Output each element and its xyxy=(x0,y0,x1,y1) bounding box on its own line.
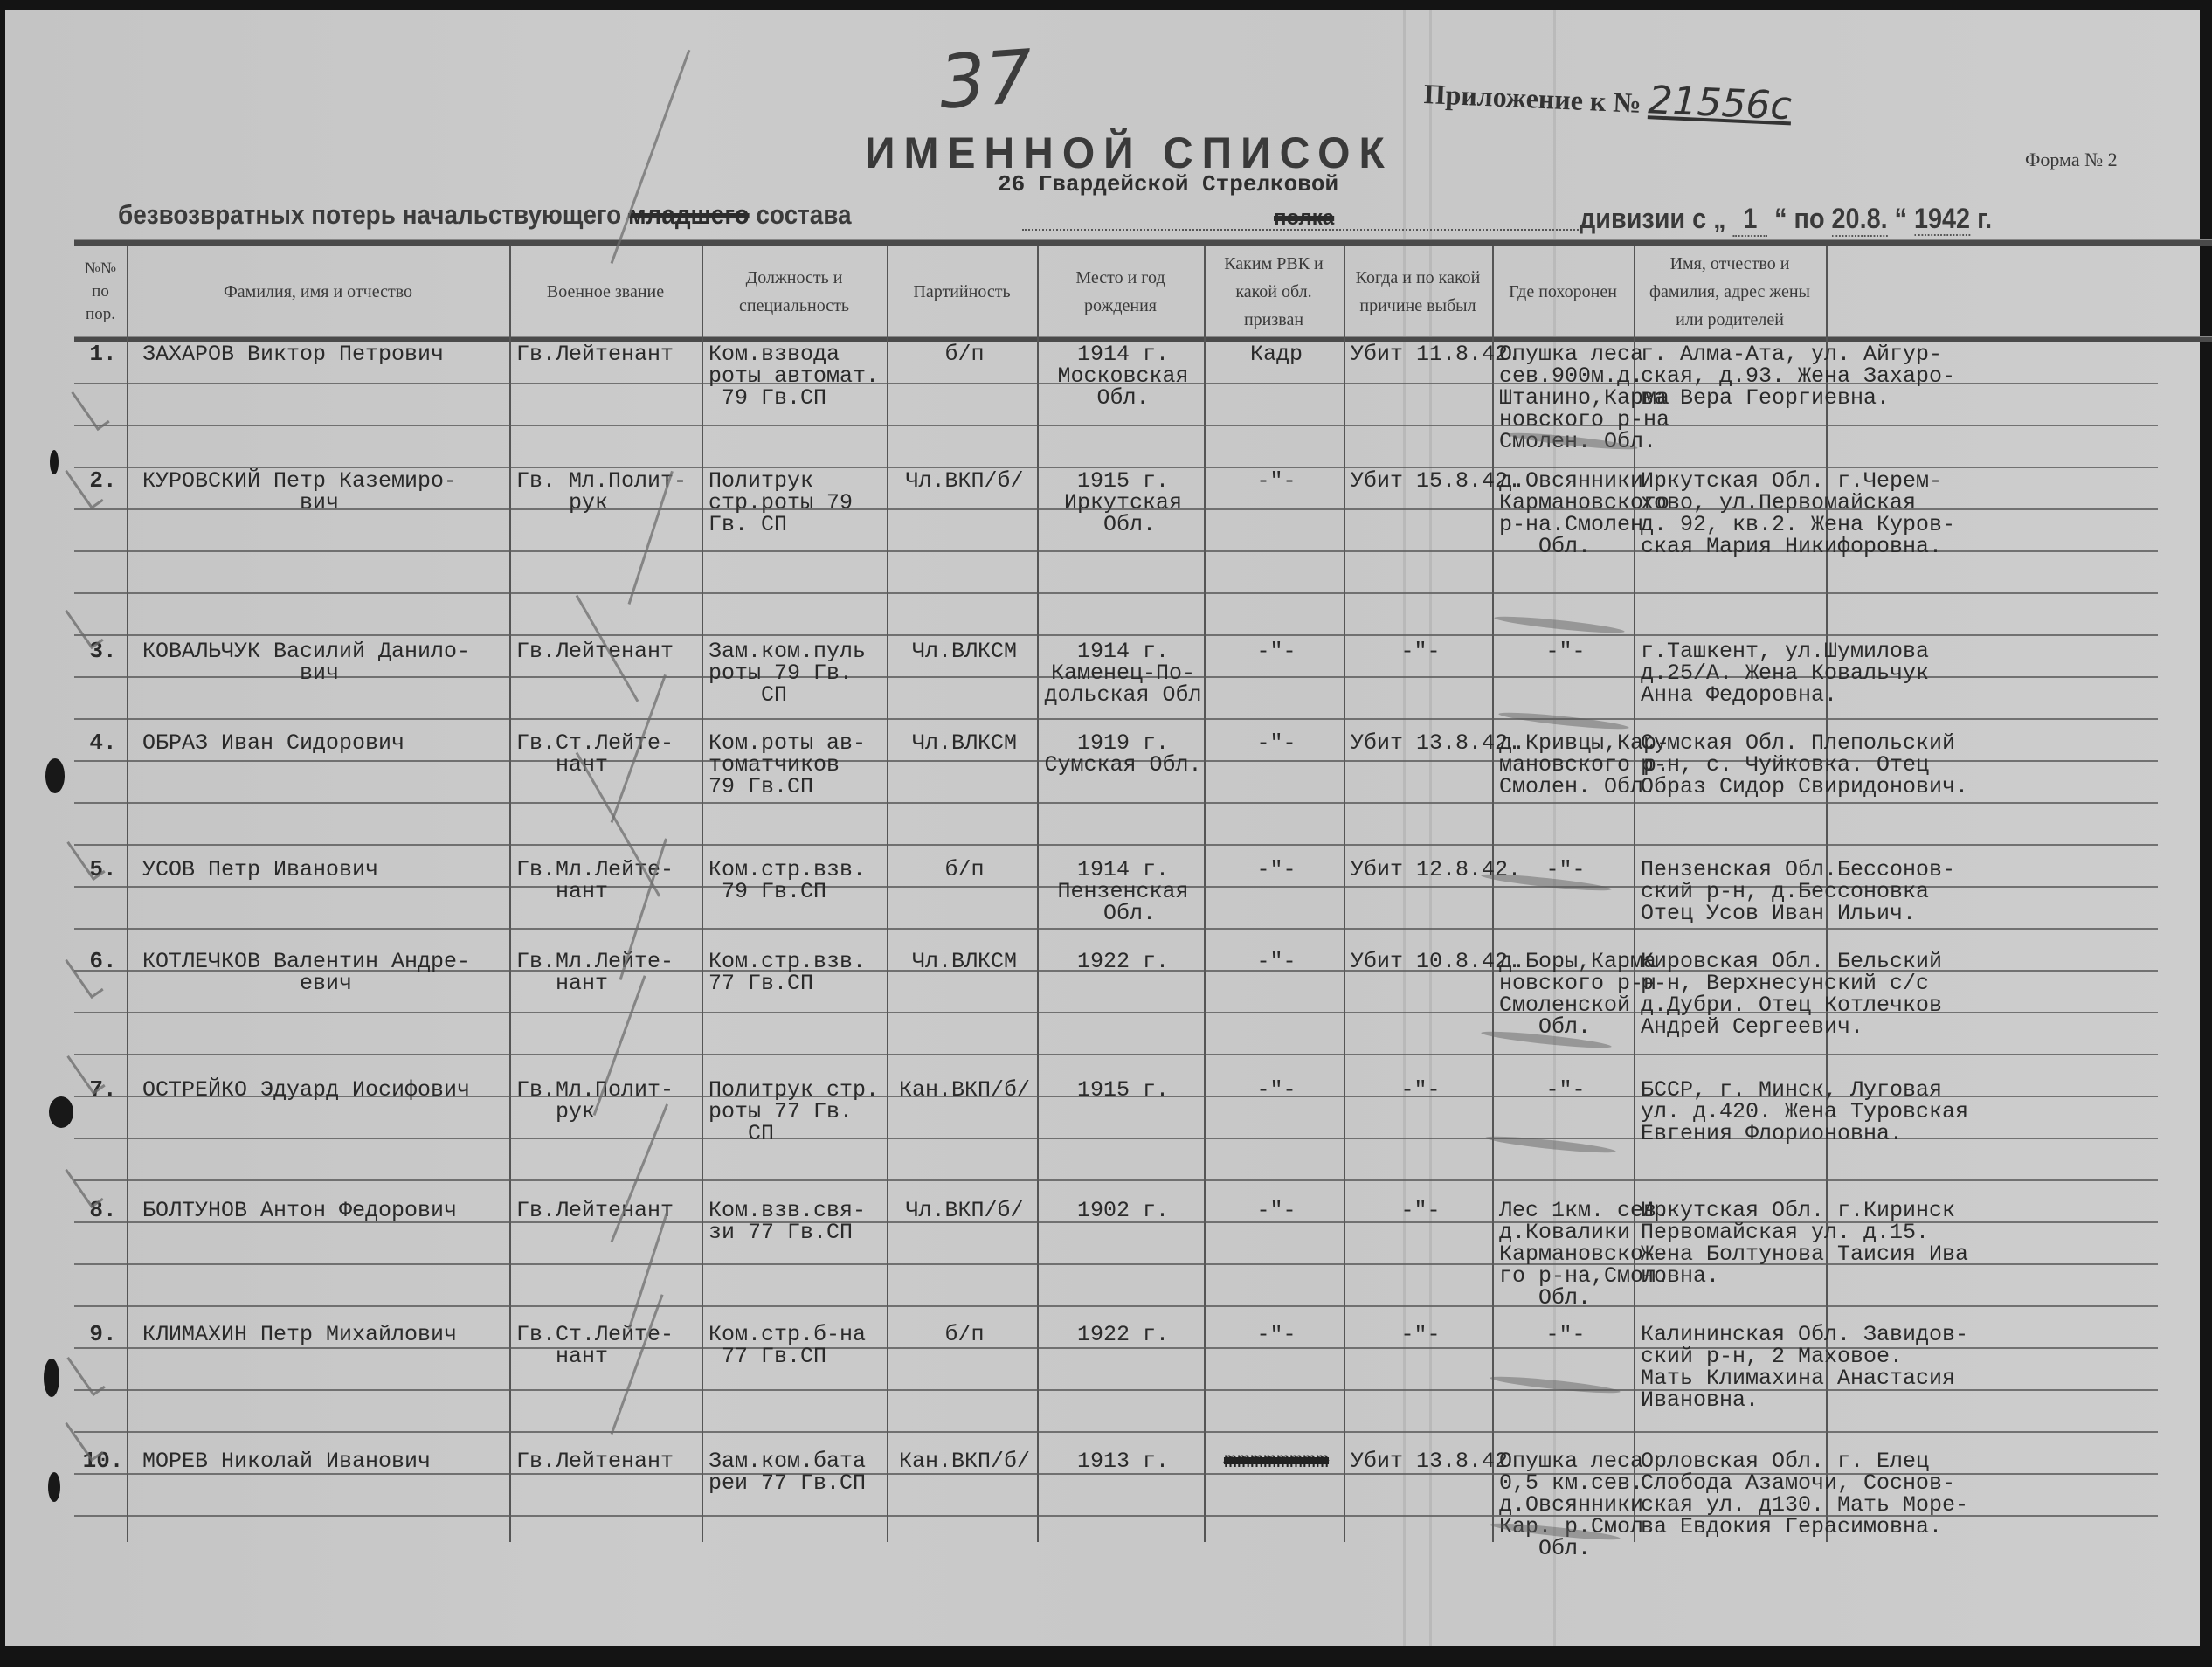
position: Политрук стр. роты 77 Гв. СП xyxy=(709,1079,885,1145)
position: Ком.взв.свя- зи 77 Гв.СП xyxy=(709,1200,885,1243)
column-header-row-number: №№ по пор. xyxy=(76,248,125,335)
unit-name: 26 Гвардейской Стрелковой xyxy=(998,171,1338,197)
row-number: 9. xyxy=(81,1324,125,1345)
date-from: 1 xyxy=(1733,203,1768,237)
party-membership: б/п xyxy=(894,343,1035,365)
ruled-line xyxy=(74,1431,2158,1433)
military-rank: Гв.Ст.Лейте- нант xyxy=(516,1324,700,1367)
position: Ком.стр.б-на 77 Гв.СП xyxy=(709,1324,885,1367)
column-header-full-name: Фамилия, имя и отчество xyxy=(128,248,508,335)
party-membership: Кан.ВКП/б/ xyxy=(894,1079,1035,1101)
appendix-label: Приложение к № xyxy=(1423,78,1642,119)
date-reason-left: -"- xyxy=(1351,1200,1490,1221)
period-line: дивизии с „ 1 “ по 20.8. “ 1942 г. xyxy=(1580,203,1992,237)
birth-place-year: 1914 г. Пензенская Обл. xyxy=(1044,859,1202,924)
ruled-line xyxy=(74,928,2158,930)
military-rank: Гв.Лейтенант xyxy=(516,1200,700,1221)
party-membership: Чл.ВКП/б/ xyxy=(894,470,1035,492)
full-name: КУРОВСКИЙ Петр Каземиро- вич xyxy=(142,470,516,514)
relatives-address: г.Ташкент, ул.Шумилова д.25/А. Жена Кова… xyxy=(1641,640,1824,706)
relatives-address: г. Алма-Ата, ул. Айгур- ская, д.93. Жена… xyxy=(1641,343,1824,409)
ruled-line xyxy=(74,1179,2158,1181)
date-reason-left: -"- xyxy=(1351,640,1490,662)
draft-office: -"- xyxy=(1211,470,1342,492)
birth-place-year: 1913 г. xyxy=(1044,1450,1202,1472)
position: Зам.ком.пуль роты 79 Гв. СП xyxy=(709,640,885,706)
birth-place-year: 1902 г. xyxy=(1044,1200,1202,1221)
burial-place: Лес 1км. сев. д.Ковалики Кармановско- го… xyxy=(1499,1200,1632,1309)
ruled-line xyxy=(74,1305,2158,1307)
full-name: БОЛТУНОВ Антон Федорович xyxy=(142,1200,516,1221)
position: Политрук стр.роты 79 Гв. СП xyxy=(709,470,885,536)
year-quote: “ xyxy=(1895,203,1907,234)
column-header-burial-place: Где похоронен xyxy=(1494,248,1632,335)
position: Ком.роты ав- томатчиков 79 Гв.СП xyxy=(709,732,885,798)
column-header-relatives-address: Имя, отчество и фамилия, адрес жены или … xyxy=(1635,248,1824,335)
position: Ком.стр.взв. 79 Гв.СП xyxy=(709,859,885,903)
draft-office: -"- xyxy=(1211,732,1342,754)
military-rank: Гв.Мл.Лейте- нант xyxy=(516,859,700,903)
draft-office: -"- xyxy=(1211,1324,1342,1345)
draft-office: -"- xyxy=(1211,951,1342,972)
date-separator: “ по xyxy=(1774,203,1824,234)
crossed-out-regiment: полка xyxy=(1274,206,1334,231)
draft-office: -"- xyxy=(1211,1200,1342,1221)
binding-hole xyxy=(44,1359,59,1397)
column-header-draft-office: Каким РВК и какой обл. призван xyxy=(1206,248,1342,335)
party-membership: б/п xyxy=(894,859,1035,881)
ruled-line xyxy=(74,592,2158,594)
document-subtitle: безвозвратных потерь начальствующего мла… xyxy=(118,199,852,231)
row-number: 4. xyxy=(81,732,125,754)
date-to: 20.8. xyxy=(1832,203,1888,237)
birth-place-year: 1914 г. Каменец-По- дольская Обл xyxy=(1044,640,1202,706)
burial-place: -"- xyxy=(1499,1324,1632,1345)
column-header-military-rank: Военное звание xyxy=(511,248,700,335)
relatives-address: Пензенская Обл.Бессонов- ский р-н, д.Бес… xyxy=(1641,859,1824,924)
birth-place-year: 1914 г. Московская Обл. xyxy=(1044,343,1202,409)
full-name: КЛИМАХИН Петр Михайлович xyxy=(142,1324,516,1345)
year: 1942 xyxy=(1914,203,1970,236)
military-rank: Гв.Лейтенант xyxy=(516,1450,700,1472)
burial-place: -"- xyxy=(1499,1079,1632,1101)
subtitle-prefix: безвозвратных потерь начальствующего xyxy=(118,199,621,230)
relatives-address: Калининская Обл. Завидов- ский р-н, 2 Ма… xyxy=(1641,1324,1824,1411)
party-membership: Кан.ВКП/б/ xyxy=(894,1450,1035,1472)
relatives-address: Орловская Обл. г. Елец Слобода Азамочи, … xyxy=(1641,1450,1824,1538)
burial-place: д.Кривцы,Кар- мановского р. Смолен. Обл. xyxy=(1499,732,1632,798)
ruled-line xyxy=(74,1054,2158,1055)
full-name: ОСТРЕЙКО Эдуард Иосифович xyxy=(142,1079,516,1101)
birth-place-year: 1919 г. Сумская Обл. xyxy=(1044,732,1202,776)
binding-hole xyxy=(45,758,65,793)
year-suffix: г. xyxy=(1977,203,1992,234)
date-reason-left: Убит 13.8.42. xyxy=(1351,732,1490,754)
party-membership: Чл.ВКП/б/ xyxy=(894,1200,1035,1221)
appendix-number: 21556с xyxy=(1648,78,1793,128)
form-number: Форма № 2 xyxy=(2025,149,2118,171)
binding-hole xyxy=(48,1472,60,1502)
draft-office: -"- xyxy=(1211,859,1342,881)
military-rank: Гв.Мл.Полит- рук xyxy=(516,1079,700,1123)
birth-place-year: 1922 г. xyxy=(1044,951,1202,972)
birth-place-year: 1915 г. xyxy=(1044,1079,1202,1101)
full-name: ЗАХАРОВ Виктор Петрович xyxy=(142,343,516,365)
draft-office: -"- xyxy=(1211,640,1342,662)
date-reason-left: Убит 13.8.42 xyxy=(1351,1450,1490,1472)
subtitle-suffix: состава xyxy=(756,199,851,230)
relatives-address: Иркутская Обл. г.Черем- хово, ул.Первома… xyxy=(1641,470,1824,557)
birth-place-year: 1922 г. xyxy=(1044,1324,1202,1345)
burial-place: -"- xyxy=(1499,640,1632,662)
draft-office: -"- xyxy=(1211,1079,1342,1101)
header-rule-top xyxy=(74,239,2212,246)
relatives-address: БССР, г. Минск, Луговая ул. д.420. Жена … xyxy=(1641,1079,1824,1145)
column-header-date-reason-left: Когда и по какой причине выбыл xyxy=(1345,248,1490,335)
military-rank: Гв.Лейтенант xyxy=(516,343,700,365)
military-rank: Гв. Мл.Полит- рук xyxy=(516,470,700,514)
military-rank: Гв.Мл.Лейте- нант xyxy=(516,951,700,994)
relatives-address: Иркутская Обл. г.Киринск Первомайская ул… xyxy=(1641,1200,1824,1287)
date-reason-left: -"- xyxy=(1351,1079,1490,1101)
full-name: УСОВ Петр Иванович xyxy=(142,859,516,881)
party-membership: б/п xyxy=(894,1324,1035,1345)
position: Ком.стр.взв. 77 Гв.СП xyxy=(709,951,885,994)
party-membership: Чл.ВЛКСМ xyxy=(894,951,1035,972)
date-reason-left: Убит 11.8.42. xyxy=(1351,343,1490,365)
division-label: дивизии с „ xyxy=(1580,203,1726,234)
ruled-line xyxy=(74,425,2158,426)
ruled-line xyxy=(74,844,2158,846)
date-reason-left: Убит 10.8.42. xyxy=(1351,951,1490,972)
ruled-line xyxy=(74,718,2158,720)
military-rank: Гв.Ст.Лейте- нант xyxy=(516,732,700,776)
date-reason-left: -"- xyxy=(1351,1324,1490,1345)
ruled-line xyxy=(74,634,2158,636)
relatives-address: Кировская Обл. Бельский р-н, Верхнесунск… xyxy=(1641,951,1824,1038)
full-name: КОВАЛЬЧУК Василий Данило- вич xyxy=(142,640,516,684)
draft-office: Кадр xyxy=(1211,343,1342,365)
full-name: МОРЕВ Николай Иванович xyxy=(142,1450,516,1472)
ruled-line xyxy=(74,802,2158,804)
handwritten-page-number: 37 xyxy=(937,33,1035,125)
binding-hole xyxy=(49,1096,73,1128)
full-name: ОБРАЗ Иван Сидорович xyxy=(142,732,516,754)
burial-place: Опушка леса 0,5 км.сев. д.Овсянники Кар.… xyxy=(1499,1450,1632,1560)
position: Зам.ком.бата реи 77 Гв.СП xyxy=(709,1450,885,1494)
draft-office-struck-out: ᵯᵯᵯᵯᵯᵯᵯᵯ xyxy=(1211,1450,1342,1472)
burial-place: д.Боры,Карма новского р-н Смоленской Обл… xyxy=(1499,951,1632,1038)
burial-place: д.Овсянники Кармановского р-на.Смолен. О… xyxy=(1499,470,1632,557)
column-header-birth-place-year: Место и год рождения xyxy=(1039,248,1202,335)
column-header-position: Должность и специальность xyxy=(703,248,885,335)
crossed-out-word: младшего xyxy=(628,199,750,231)
binding-hole xyxy=(50,450,59,474)
relatives-address: Сумская Обл. Плепольский р-н, с. Чуйковк… xyxy=(1641,732,1824,798)
date-reason-left: Убит 15.8.42. xyxy=(1351,470,1490,492)
row-number: 1. xyxy=(81,343,125,365)
full-name: КОТЛЕЧКОВ Валентин Андре- евич xyxy=(142,951,516,994)
party-membership: Чл.ВЛКСМ xyxy=(894,640,1035,662)
birth-place-year: 1915 г. Иркутская Обл. xyxy=(1044,470,1202,536)
party-membership: Чл.ВЛКСМ xyxy=(894,732,1035,754)
column-header-party-membership: Партийность xyxy=(888,248,1035,335)
position: Ком.взвода роты автомат. 79 Гв.СП xyxy=(709,343,885,409)
date-reason-left: Убит 12.8.42. xyxy=(1351,859,1490,881)
